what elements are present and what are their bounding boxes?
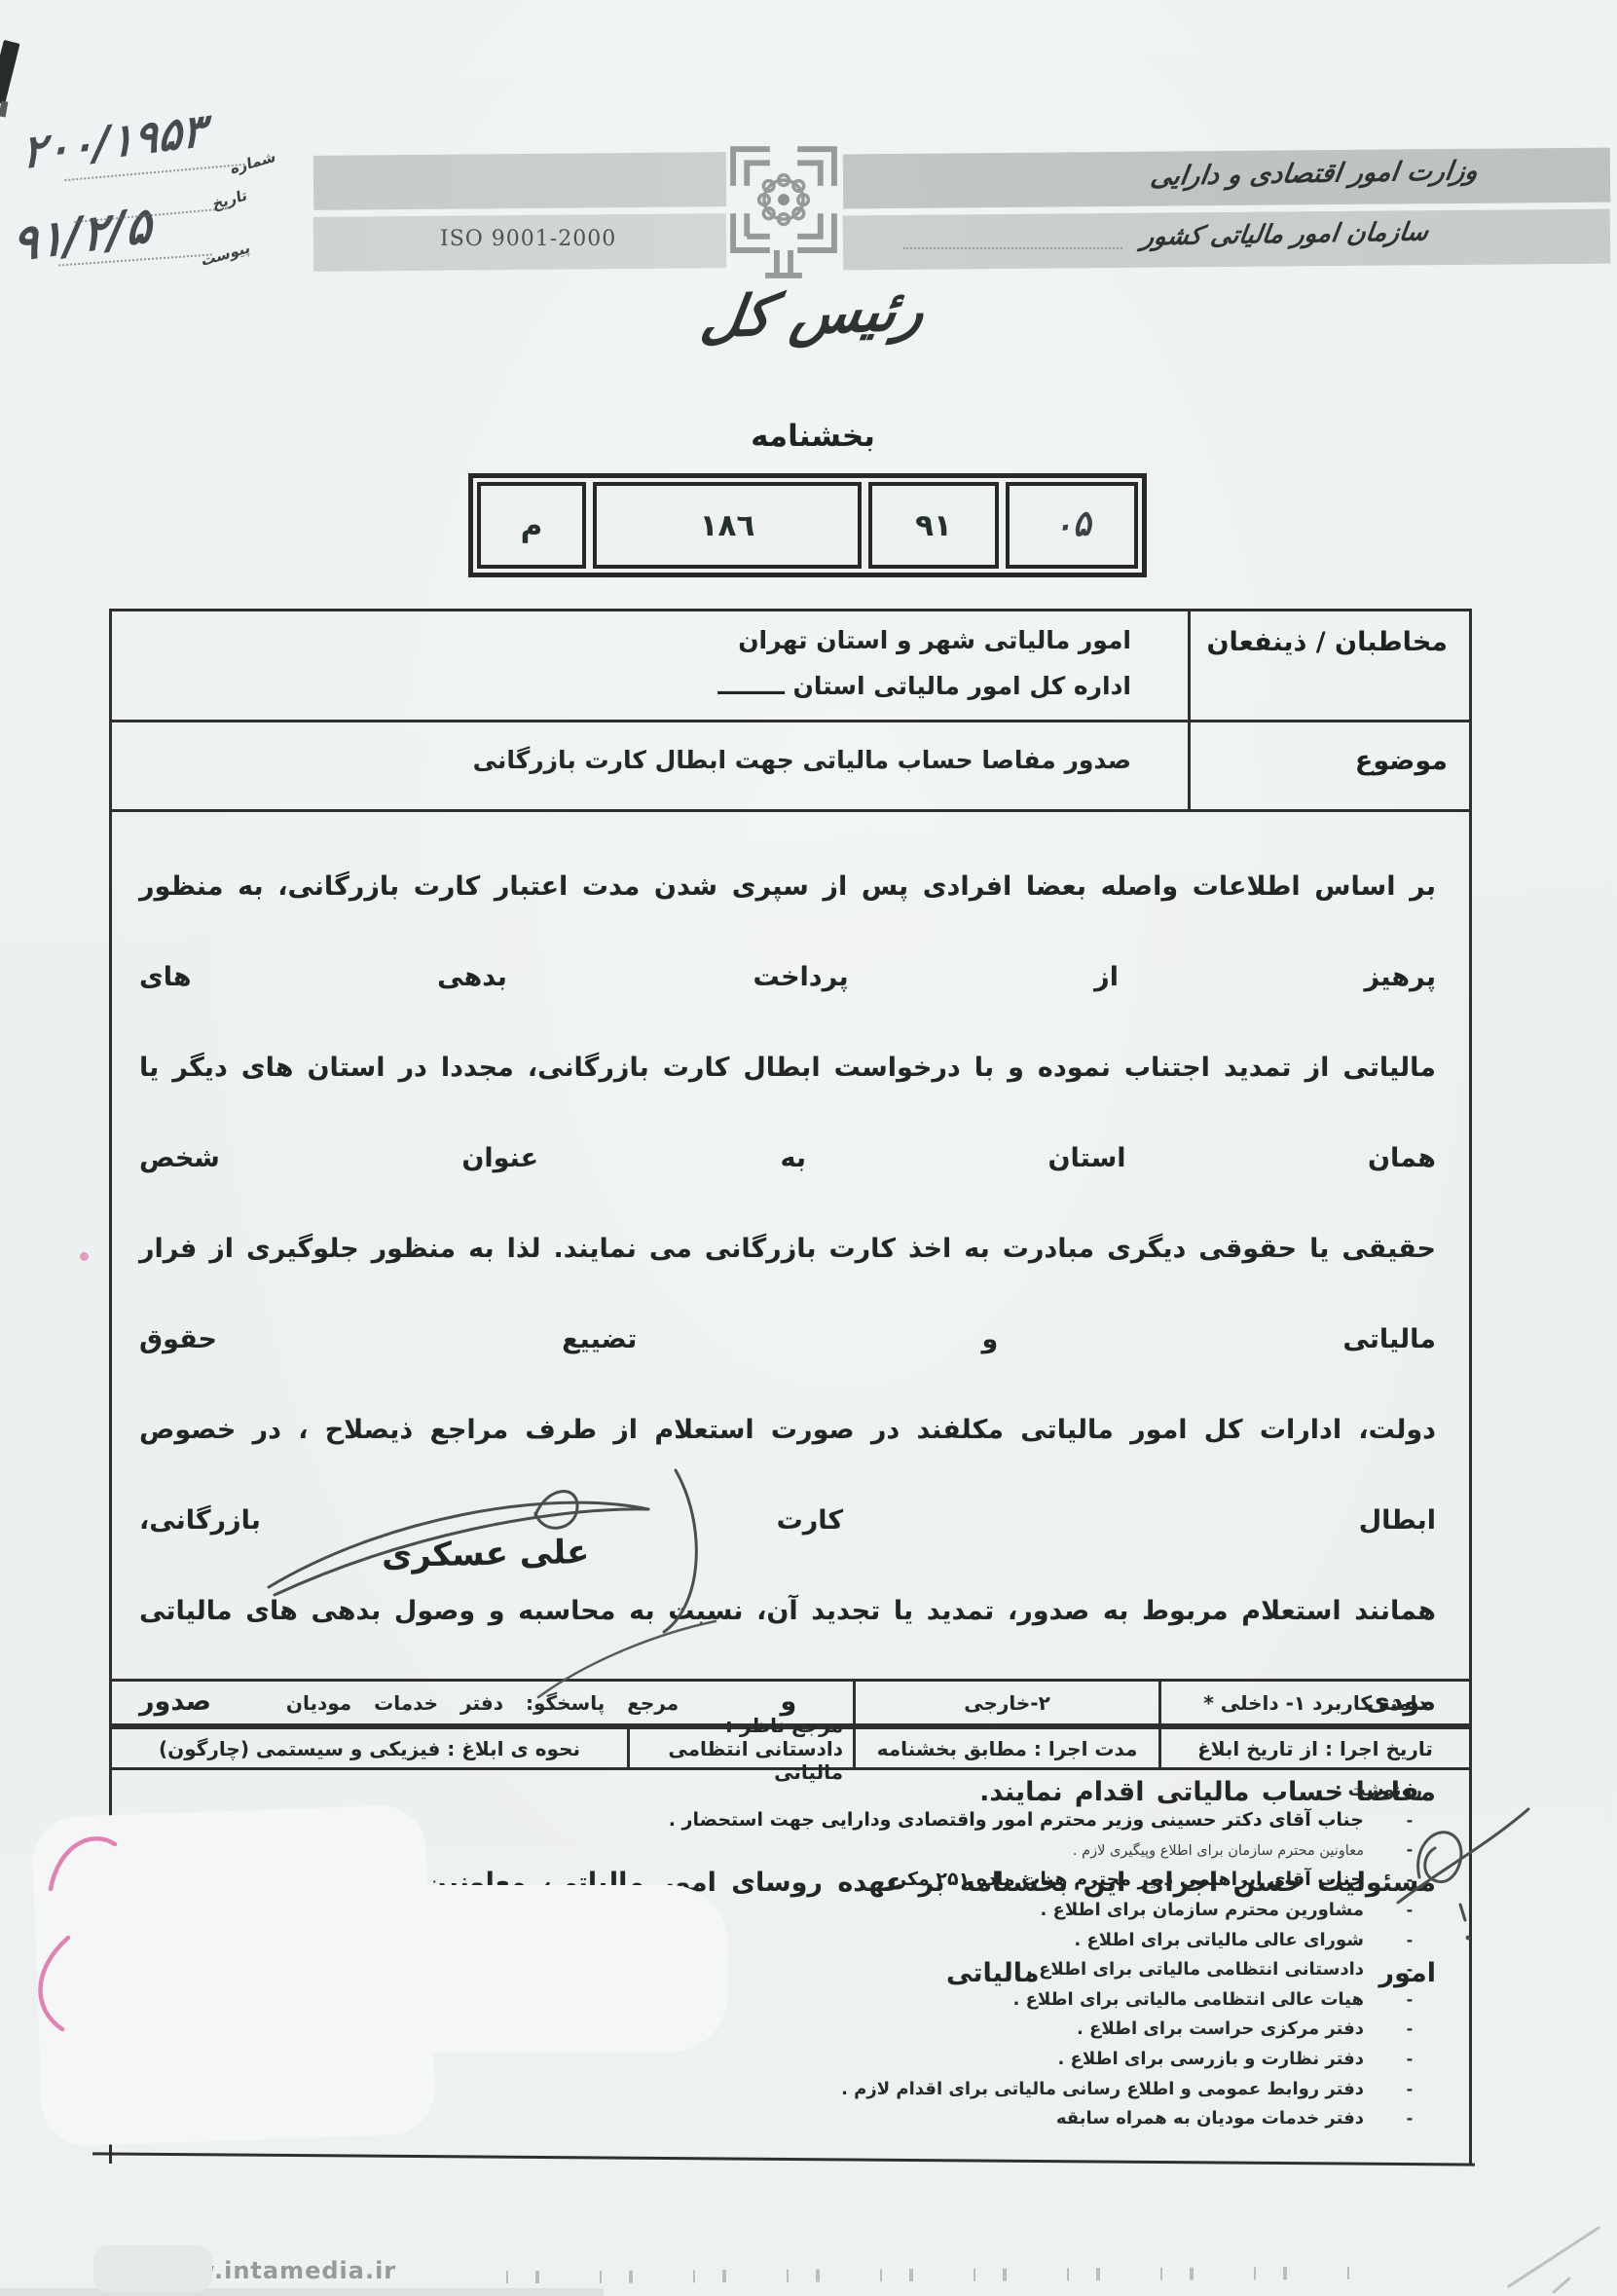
pink-pen-mark xyxy=(39,1821,127,1903)
body-line: حقیقی یا حقوقی دیگری مبادرت به اخذ کارت … xyxy=(139,1204,1436,1385)
tax-organization-emblem-icon xyxy=(726,142,841,288)
code-cell-class-letter: م xyxy=(477,482,586,569)
addressees-row: مخاطبان / ذینفعان امور مالیاتی شهر و است… xyxy=(112,611,1469,722)
body-line: بر اساس اطلاعات واصله بعضا افرادی پس از … xyxy=(139,841,1436,1022)
body-line: مالیاتی از تمدید اجتناب نموده و با درخوا… xyxy=(139,1022,1436,1204)
scanned-document-page: ۲۰۰/۱۹۵۳ ۹۱/۲/۵ شماره تاریخ پیوست ISO 90… xyxy=(0,0,1617,2296)
whiteout-blob xyxy=(90,1885,728,2053)
addressees-label: مخاطبان / ذینفعان xyxy=(1188,611,1469,720)
scan-edge-strip xyxy=(0,2288,604,2296)
handwritten-letter-date: ۹۱/۲/۵ xyxy=(12,197,153,273)
signatory-name: علی عسکری xyxy=(382,1533,590,1575)
addressee-line: امور مالیاتی شهر و استان تهران xyxy=(131,625,1131,657)
circular-code-box: م ١٨٦ ٩١ ۰۵ xyxy=(468,473,1147,577)
signature-stroke xyxy=(531,1611,725,1709)
dotted-line xyxy=(903,247,1122,249)
iso-certification-label: ISO 9001-2000 xyxy=(440,227,616,251)
pink-pen-mark xyxy=(23,1932,92,2039)
addressee-line: اداره کل امور مالیاتی استان ــــــــ xyxy=(131,671,1131,703)
number-field-label: شماره xyxy=(230,147,276,177)
subject-row: موضوع صدور مفاصا حساب مالیاتی جهت ابطال … xyxy=(112,722,1469,812)
letterhead-band-left-top xyxy=(313,152,726,210)
code-cell-year: ٩١ xyxy=(868,482,999,569)
dash-bullet: - xyxy=(1397,2109,1422,2128)
document-type-heading: بخشنامه xyxy=(740,419,886,454)
subject-content: صدور مفاصا حساب مالیاتی جهت ابطال کارت ب… xyxy=(112,722,1188,809)
code-cell-handwritten: ۰۵ xyxy=(1006,482,1138,569)
scan-artifact xyxy=(97,2164,1480,2175)
dash-bullet: - xyxy=(1397,2080,1422,2098)
dash-bullet: - xyxy=(1397,2050,1422,2068)
dash-bullet: - xyxy=(1397,2019,1422,2038)
faint-pen-stroke xyxy=(1497,2218,1614,2296)
head-of-organization-title: رئیس کل xyxy=(666,276,959,352)
subject-label: موضوع xyxy=(1188,722,1469,809)
whiteout-blob xyxy=(93,2245,212,2292)
registration-stamp-block: ۲۰۰/۱۹۵۳ ۹۱/۲/۵ شماره تاریخ پیوست xyxy=(0,78,321,302)
pink-pen-dot xyxy=(80,1252,89,1261)
addressees-content: امور مالیاتی شهر و استان تهران اداره کل … xyxy=(112,611,1188,720)
handwritten-letter-number: ۲۰۰/۱۹۵۳ xyxy=(21,103,205,178)
subject-text: صدور مفاصا حساب مالیاتی جهت ابطال کارت ب… xyxy=(131,736,1131,774)
faded-footer-text-artifact xyxy=(506,2267,1363,2284)
code-cell-serial: ١٨٦ xyxy=(593,482,862,569)
margin-pen-scribble xyxy=(1390,1786,1546,1961)
